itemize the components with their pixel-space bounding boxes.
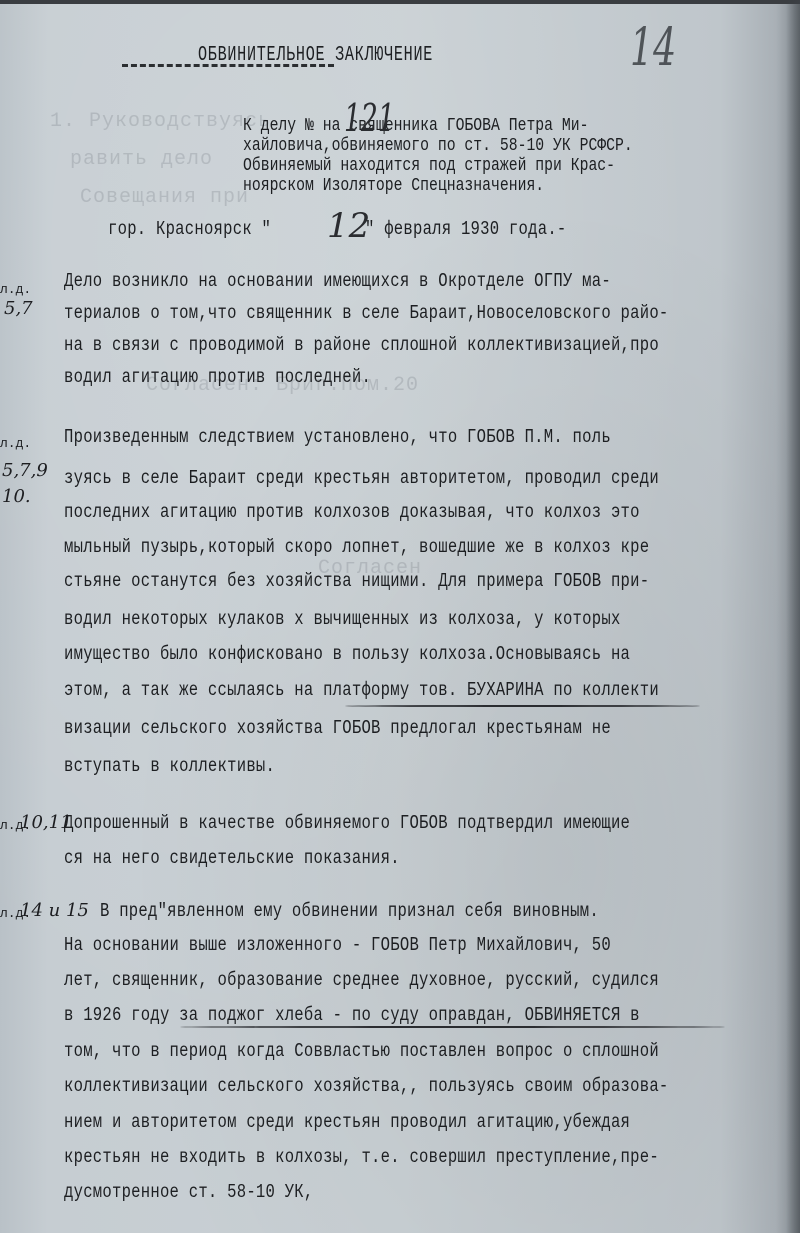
- date-day-handwritten: 12: [327, 206, 370, 246]
- bleed-through-text: 1. Руководствуясь: [50, 110, 271, 133]
- case-number-handwritten: 121: [344, 96, 395, 140]
- text-line: На основании выше изложенного - ГОБОВ Пе…: [64, 934, 611, 956]
- case-header-line: ноярском Изоляторе Спецназначения.: [243, 176, 544, 196]
- text-line: этом, а так же ссылаясь на платформу тов…: [64, 679, 659, 701]
- text-line: на в связи с проводимой в районе сплошно…: [64, 334, 659, 356]
- text-line: крестьян не входить в колхозы, т.е. сове…: [64, 1146, 659, 1168]
- bleed-through-text: Совещания при: [80, 186, 249, 209]
- text-line: зуясь в селе Бараит среди крестьян автор…: [64, 467, 659, 489]
- text-line: визации сельского хозяйства ГОБОВ предло…: [64, 717, 611, 739]
- place-date-prefix: гор. Красноярск ": [108, 218, 271, 240]
- text-line: в 1926 году за поджог хлеба - по суду оп…: [64, 1004, 640, 1026]
- document-page: 1. Руководствуясь равить дело Совещания …: [0, 0, 800, 1233]
- text-line: коллективизации сельского хозяйства,, по…: [64, 1075, 669, 1097]
- title-underline: [122, 64, 334, 67]
- underline-mark: [345, 705, 700, 707]
- bleed-through-text: равить дело: [70, 148, 213, 171]
- scan-right-edge: [786, 0, 800, 1233]
- text-line: мыльный пузырь,который скоро лопнет, вош…: [64, 536, 649, 558]
- text-line: том, что в период когда Соввластью поста…: [64, 1040, 659, 1062]
- case-header-line: К делу № на священника ГОБОВА Петра Ми-: [243, 116, 588, 136]
- text-line: териалов о том,что священник в селе Бара…: [64, 302, 669, 324]
- margin-note-handwritten: 5,7,9 10.: [2, 458, 42, 510]
- text-line: дусмотренное ст. 58-10 УК,: [64, 1181, 313, 1203]
- text-line: Допрошенный в качестве обвиняемого ГОБОВ…: [64, 812, 630, 834]
- text-line: ся на него свидетельские показания.: [64, 847, 400, 869]
- text-line: Произведенным следствием установлено, чт…: [64, 426, 611, 448]
- underline-mark: [180, 1026, 725, 1028]
- text-line: водил агитацию против последней.: [64, 366, 371, 388]
- text-line: имущество было конфисковано в пользу кол…: [64, 643, 630, 665]
- margin-note-handwritten: 14 и 15: [20, 900, 89, 921]
- margin-note-handwritten: 5,7: [4, 298, 33, 319]
- margin-note-prefix: л.д.: [0, 436, 31, 451]
- text-line: последних агитацию против колхозов доказ…: [64, 501, 640, 523]
- page-number-handwritten: 14: [630, 18, 676, 78]
- text-line: вступать в коллективы.: [64, 755, 275, 777]
- case-header-line: Обвиняемый находится под стражей при Кра…: [243, 156, 615, 176]
- text-line: В пред"явленном ему обвинении признал се…: [100, 900, 599, 922]
- case-header-line: хайловича,обвиняемого по ст. 58-10 УК РС…: [243, 136, 633, 156]
- text-line: лет, священник, образование среднее духо…: [64, 969, 659, 991]
- text-line: Дело возникло на основании имеющихся в О…: [64, 270, 611, 292]
- scan-top-edge: [0, 0, 800, 4]
- place-date-suffix: " февраля 1930 года.-: [365, 218, 567, 240]
- text-line: нием и авторитетом среди крестьян провод…: [64, 1111, 630, 1133]
- margin-note-prefix: л.д.: [0, 282, 31, 297]
- text-line: водил некоторых кулаков х вычищенных из …: [64, 608, 621, 630]
- text-line: стьяне останутся без хозяйства нищими. Д…: [64, 570, 649, 592]
